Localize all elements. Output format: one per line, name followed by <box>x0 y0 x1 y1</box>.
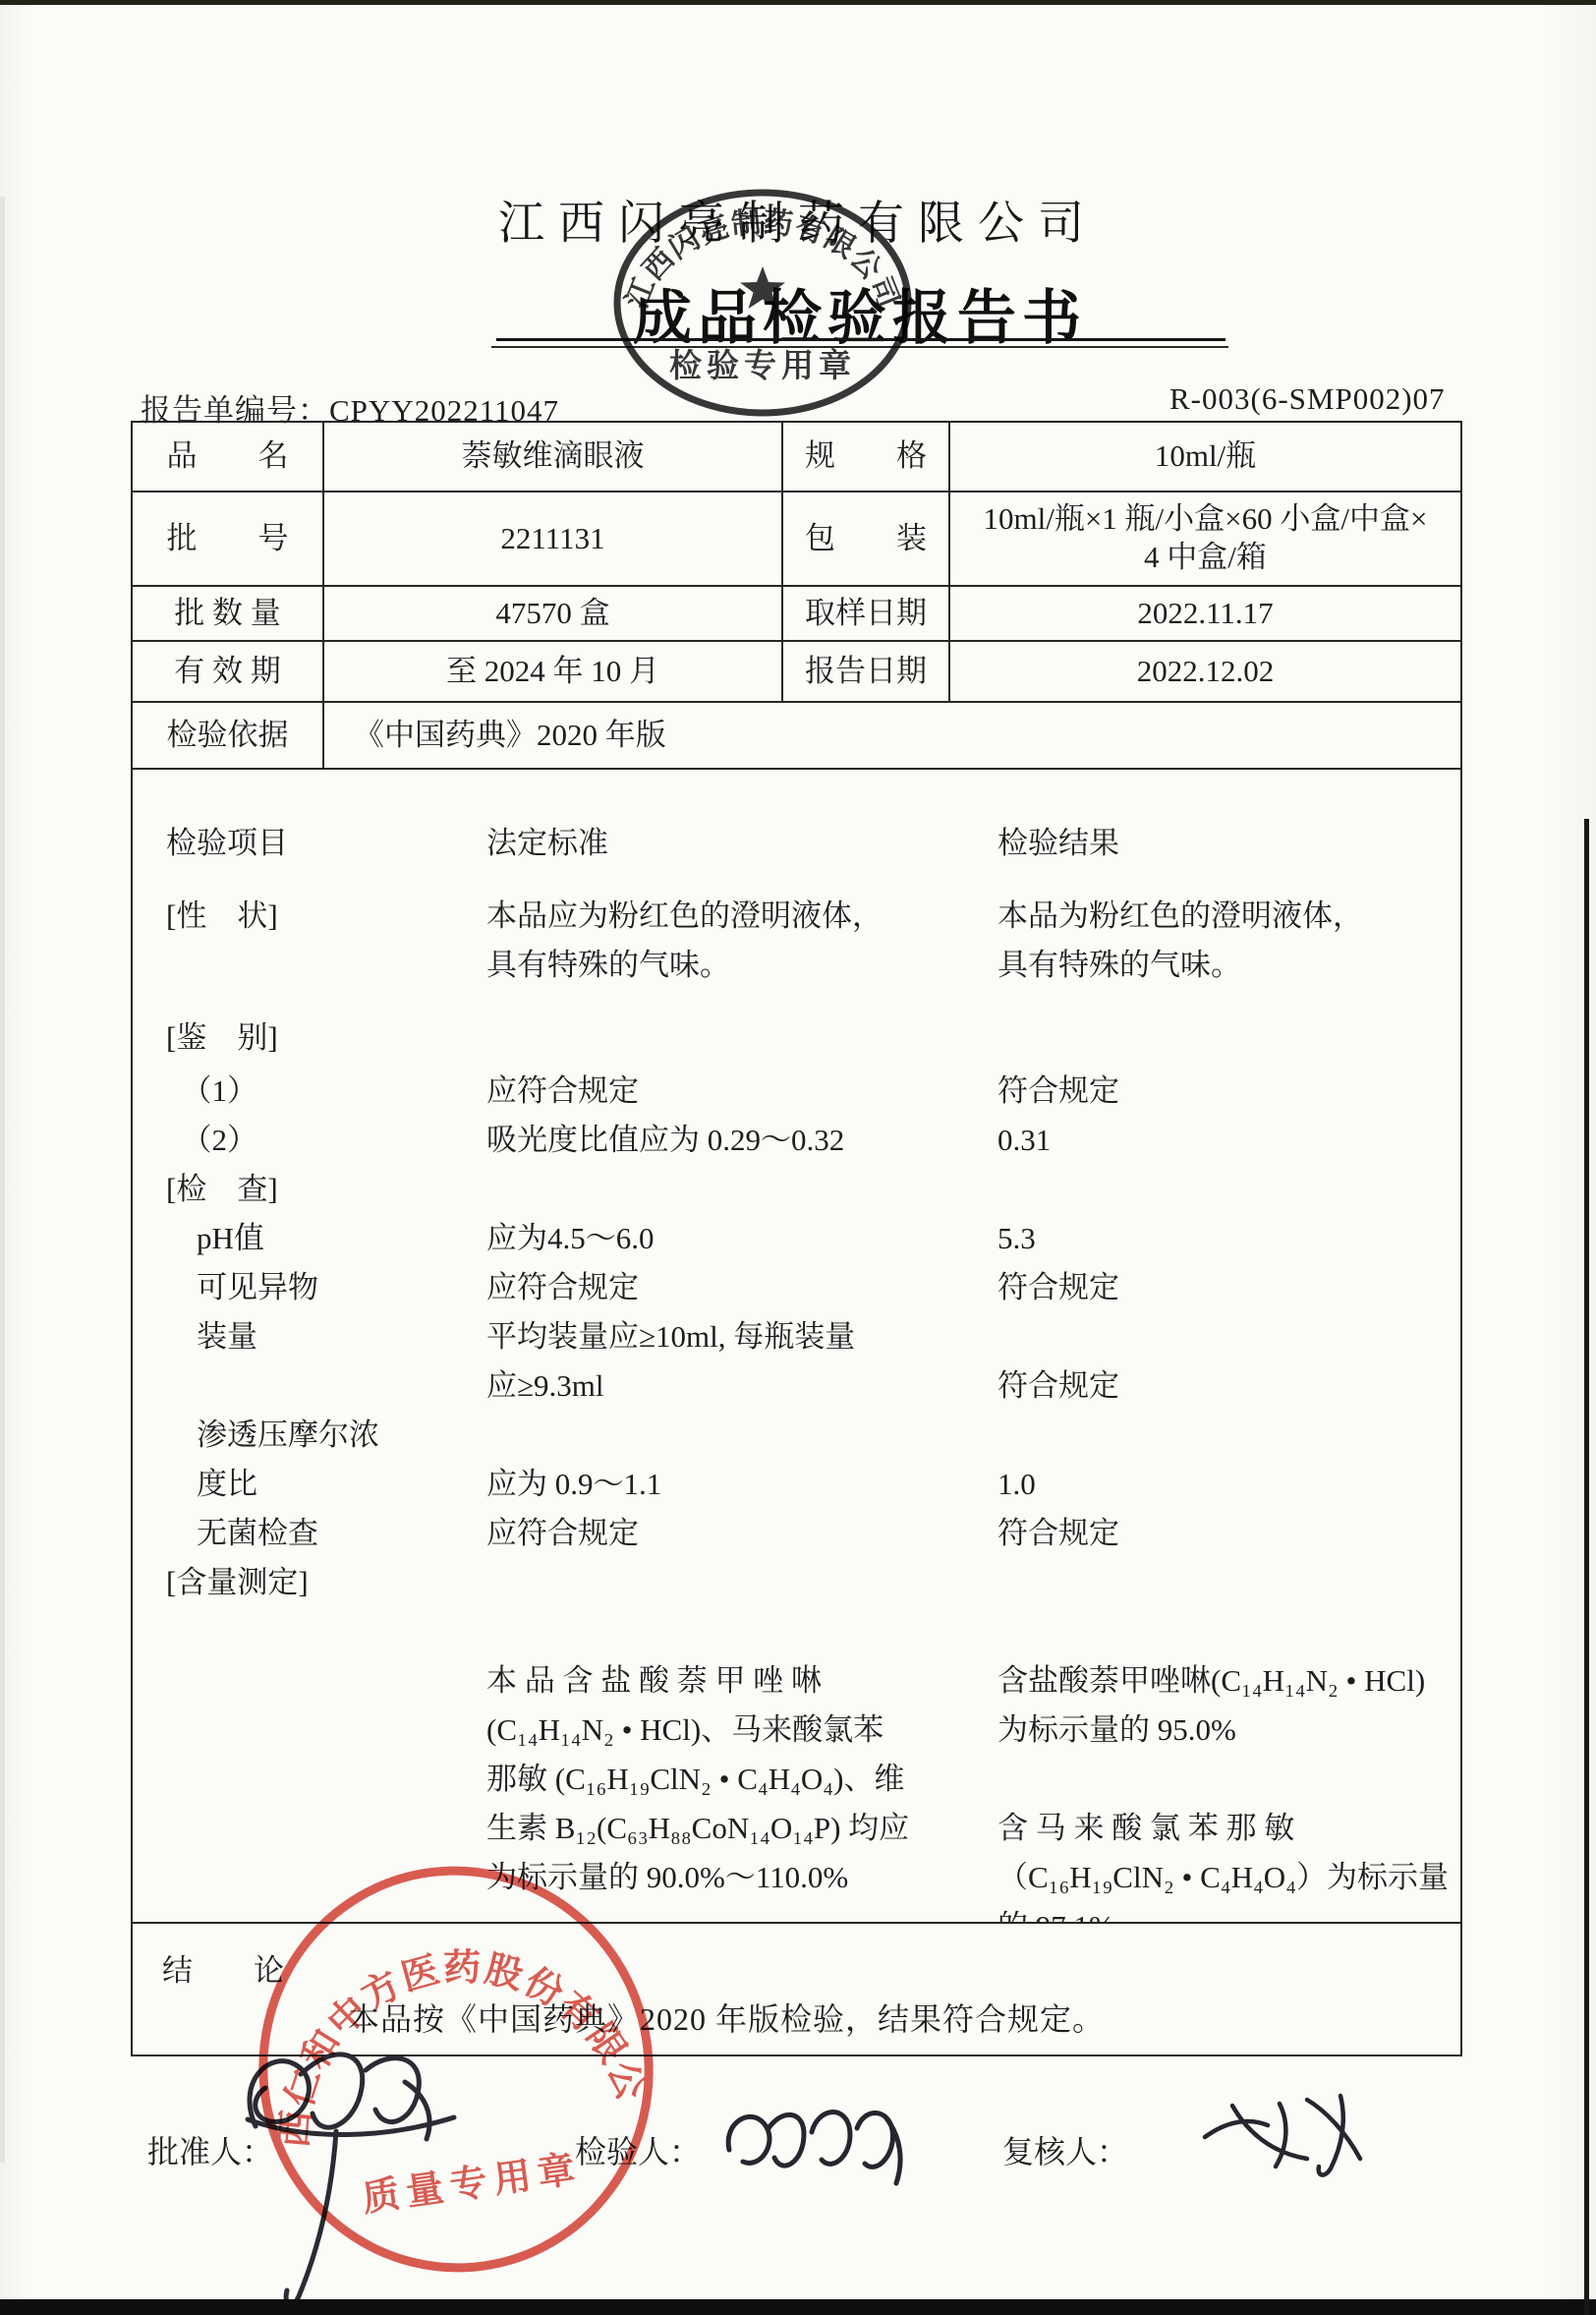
quality-seal-icon: 江西仁和中方医药股份有限公司 质量专用章 <box>221 1834 692 2305</box>
reviewer-label: 复核人： <box>1002 2127 1128 2172</box>
scan-edge-left <box>0 197 5 2163</box>
spec-label: 规 格 <box>783 423 950 491</box>
expiry-label: 有 效 期 <box>133 642 324 701</box>
table-row-batch: 批 号 2211131 包 装 10ml/瓶×1 瓶/小盒×60 小盒/中盒× … <box>133 492 1460 587</box>
inspection-row-visible-particles: 可见异物 应符合规定 符合规定 <box>166 1263 1451 1312</box>
inspector-signature <box>717 2089 914 2192</box>
spec-value: 10ml/瓶 <box>950 423 1460 491</box>
assay-result-naphazoline: 含盐酸萘甲唑啉(C₁₄H₁₄N₂ • HCl) 为标示量的 95.0% <box>997 1656 1451 1755</box>
inspection-header-row: 检验项目 法定标准 检验结果 <box>166 819 1451 868</box>
scan-edge-top <box>0 0 1596 5</box>
inspection-report-page: 江西闪亮制药有限公司 成品检验报告书 报告单编号：CPYY202211047 R… <box>0 0 1596 2315</box>
table-row-quantity: 批 数 量 47570 盒 取样日期 2022.11.17 <box>133 587 1460 642</box>
inspection-result-header: 检验结果 <box>997 819 1451 868</box>
inspection-row-id1: （1） 应符合规定 符合规定 <box>166 1067 1451 1116</box>
assay-results: 含盐酸萘甲唑啉(C₁₄H₁₄N₂ • HCl) 为标示量的 95.0% 含 马 … <box>997 1607 1451 1924</box>
table-row-basis: 检验依据 《中国药典》2020 年版 <box>133 703 1460 770</box>
batch-no-value: 2211131 <box>324 492 783 585</box>
package-label: 包 装 <box>783 492 950 585</box>
assay-result-chlorphenamine: 含 马 来 酸 氯 苯 那 敏 （C₁₆H₁₉ClN₂ • C₄H₄O₄）为标示… <box>997 1804 1451 1924</box>
table-row-product: 品 名 萘敏维滴眼液 规 格 10ml/瓶 <box>133 423 1460 492</box>
product-name-value: 萘敏维滴眼液 <box>324 423 783 491</box>
inspection-standard-header: 法定标准 <box>486 819 997 868</box>
inspection-row-ph: pH值 应为4.5～6.0 5.3 <box>166 1214 1451 1263</box>
svg-text:江西仁和中方医药股份有限公司: 江西仁和中方医药股份有限公司 <box>221 1834 654 2161</box>
inspection-row-tests: [检 查] <box>166 1165 1451 1214</box>
batch-no-label: 批 号 <box>133 492 324 585</box>
inspection-stamp-caption: 检验专用章 <box>669 347 856 384</box>
sampling-date-label: 取样日期 <box>783 587 950 640</box>
inspection-row-id2: （2） 吸光度比值应为 0.29～0.32 0.31 <box>166 1116 1451 1165</box>
scan-edge-bottom <box>0 2299 1596 2315</box>
star-icon <box>740 266 785 309</box>
sampling-date-value: 2022.11.17 <box>950 587 1460 640</box>
inspection-row-fill-volume: 装量 平均装量应≥10ml, 每瓶装量 应≥9.3ml 符合规定 <box>166 1312 1451 1411</box>
report-date-label: 报告日期 <box>783 642 950 701</box>
inspection-section: 检验项目 法定标准 检验结果 [性 状] 本品应为粉红色的澄明液体， 具有特殊的… <box>133 770 1460 1924</box>
reviewer-signature <box>1197 2076 1379 2184</box>
table-row-expiry: 有 效 期 至 2024 年 10 月 报告日期 2022.12.02 <box>133 642 1460 703</box>
basis-label: 检验依据 <box>133 703 324 768</box>
inspection-row-sterility: 无菌检查 应符合规定 符合规定 <box>166 1509 1451 1558</box>
inspection-row-appearance: [性 状] 本品应为粉红色的澄明液体， 具有特殊的气味。 本品为粉红色的澄明液体… <box>166 892 1451 990</box>
inspection-item-header: 检验项目 <box>166 819 486 868</box>
expiry-value: 至 2024 年 10 月 <box>324 642 783 701</box>
inspection-stamp-icon: 江西闪亮制药有限公司 检验专用章 <box>609 182 916 424</box>
batch-qty-value: 47570 盒 <box>324 587 783 640</box>
quality-seal-ring-text: 江西仁和中方医药股份有限公司 <box>221 1834 654 2161</box>
product-name-label: 品 名 <box>133 423 324 491</box>
basis-value: 《中国药典》2020 年版 <box>324 703 1460 768</box>
inspection-row-assay-heading: [含量测定] <box>166 1558 1451 1607</box>
report-date-value: 2022.12.02 <box>950 642 1460 701</box>
batch-qty-label: 批 数 量 <box>133 587 324 640</box>
form-number: R-003(6-SMP002)07 <box>1169 381 1446 417</box>
package-value: 10ml/瓶×1 瓶/小盒×60 小盒/中盒× 4 中盒/箱 <box>950 492 1460 585</box>
quality-seal-caption: 质量专用章 <box>360 2147 585 2220</box>
report-table: 品 名 萘敏维滴眼液 规 格 10ml/瓶 批 号 2211131 包 装 10… <box>131 421 1462 2056</box>
inspection-row-identification: [鉴 别] <box>166 1013 1451 1063</box>
inspection-row-osmolality: 渗透压摩尔浓 度比 应为 0.9～1.1 1.0 <box>166 1411 1451 1509</box>
scan-edge-right <box>1584 819 1589 2315</box>
